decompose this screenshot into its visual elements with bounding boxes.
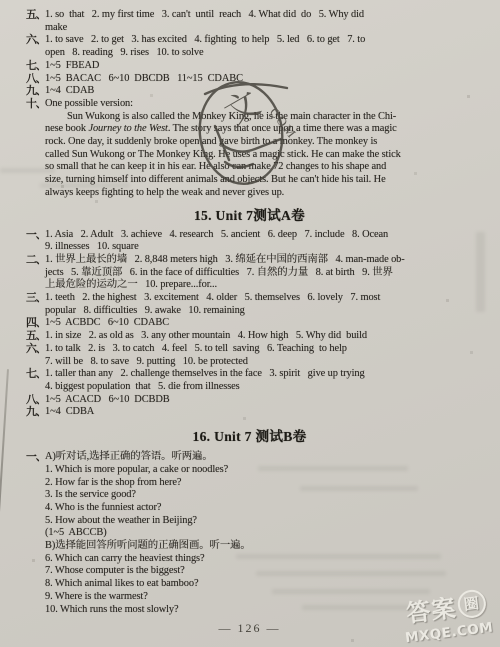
section-header: 16. Unit 7 测试B卷 [27,429,472,445]
answer-block: 一、1. Asia 2. Adult 3. achieve 4. researc… [27,229,472,254]
answer-line: 1. 世界上最长的墙 2. 8,848 meters high 3. 绵延在中国… [45,254,472,267]
answer-line: 1. so that 2. my first time 3. can't unt… [45,9,472,22]
answer-line: Sun Wukong is also called the Monkey Kin… [45,111,472,124]
block-marker: 五、 [26,9,46,22]
answer-sections: 五、1. so that 2. my first time 3. can't u… [27,9,472,616]
answer-line: One possible version: [45,98,472,111]
section-previous-test-answers: 五、1. so that 2. my first time 3. can't u… [27,9,472,200]
answer-block: 七、1~5 FBEAD [27,60,472,73]
scan-noise-speckles [0,0,1,1]
answer-block: 十、One possible version: [27,98,472,111]
watermark-circled-character: 圈 [456,588,487,619]
bleed-through-mark [0,168,55,173]
scanned-answer-book-page: { "page": { "page_number": "— 126 —", "p… [0,0,500,647]
answer-block: 八、1~5 BACAC 6~10 DBCDB 11~15 CDABC [27,73,472,86]
block-marker: 九、 [26,85,46,98]
bleed-through-mark [256,571,446,576]
answer-line: 1~4 CDAB [45,85,472,98]
block-marker: 一、 [26,451,46,464]
answer-block: 八、1~5 ACACD 6~10 DCBDB [27,394,472,407]
answer-block: 四、1~5 ACBDC 6~10 CDABC [27,317,472,330]
answer-block: 六、1. to talk 2. is 3. to catch 4. feel 5… [27,343,472,368]
answer-line: 4. Who is the funniest actor? [45,502,472,515]
bleed-through-mark [40,183,130,188]
block-marker: 一、 [26,229,46,242]
answer-line: 1. teeth 2. the highest 3. excitement 4.… [45,292,472,305]
bleed-through-mark [236,554,441,559]
answer-line: nese book Journey to the West. The story… [45,123,472,136]
answer-block: 九、1~4 CDAB [27,85,472,98]
answer-line: popular 8. difficulties 9. awake 10. rem… [45,305,472,318]
answer-line: open 8. reading 9. rises 10. to solve [45,47,472,60]
answer-line: rock. One day, it suddenly broke open an… [45,136,472,149]
bleed-through-mark [300,486,418,491]
block-marker: 二、 [26,254,46,267]
block-marker: 六、 [26,34,46,47]
answer-line: 上最危险的运动之一 10. prepare...for... [45,279,472,292]
answer-block: 五、1. in size 2. as old as 3. any other m… [27,330,472,343]
answer-block: 五、1. so that 2. my first time 3. can't u… [27,9,472,34]
book-title-italic: Journey to the West [88,123,167,134]
block-marker: 八、 [26,73,46,86]
answer-line: 3. Is the service good? [45,489,472,502]
answer-line: 1. to talk 2. is 3. to catch 4. feel 5. … [45,343,472,356]
answer-line: 1. Asia 2. Adult 3. achieve 4. research … [45,229,472,242]
block-marker: 七、 [26,60,46,73]
answer-line: 1~5 BACAC 6~10 DBCDB 11~15 CDABC [45,73,472,86]
answer-line: 5. How about the weather in Beijing? [45,515,472,528]
block-marker: 六、 [26,343,46,356]
answer-line: 1~5 ACBDC 6~10 CDABC [45,317,472,330]
answer-line: 1~5 FBEAD [45,60,472,73]
answer-block: 七、1. taller than any 2. challenge themse… [27,368,472,393]
block-marker: 八、 [26,394,46,407]
block-marker: 三、 [26,292,46,305]
bleed-through-mark [258,466,408,471]
answer-block: 三、1. teeth 2. the highest 3. excitement … [27,292,472,317]
answer-line: jects 5. 靠近顶部 6. in the face of difficul… [45,267,472,280]
section-header: 15. Unit 7测试A卷 [27,208,472,224]
block-marker: 五、 [26,330,46,343]
block-marker: 四、 [26,317,46,330]
answer-line: make [45,22,472,35]
watermark-brand-text: 答案 [404,588,458,629]
block-marker: 七、 [26,368,46,381]
answer-line: 7. will be 8. to save 9. putting 10. be … [45,356,472,369]
answer-line: always keeps fighting to help the weak a… [45,187,472,200]
section-unit7-test-a: 15. Unit 7测试A卷一、1. Asia 2. Adult 3. achi… [27,208,472,420]
answer-line: called Sun Wukong or The Monkey King. He… [45,149,472,162]
answer-line: B)选择能回答所听问题的正确图画。听一遍。 [45,540,472,553]
page-surface: 五、1. so that 2. my first time 3. can't u… [0,0,500,647]
answer-line: 1. to save 2. to get 3. has excited 4. f… [45,34,472,47]
block-marker: 十、 [26,98,46,111]
answer-line: 1. in size 2. as old as 3. any other mou… [45,330,472,343]
answer-line: 4. biggest population that 5. die from i… [45,381,472,394]
answer-block: 二、1. 世界上最长的墙 2. 8,848 meters high 3. 绵延在… [27,254,472,292]
answer-line: 9. illnesses 10. square [45,241,472,254]
answer-block: 六、1. to save 2. to get 3. has excited 4.… [27,34,472,59]
answer-line: 1~5 ACACD 6~10 DCBDB [45,394,472,407]
answer-line: 1~4 CDBA [45,406,472,419]
bleed-through-mark [476,232,485,312]
answer-line: 1. taller than any 2. challenge themselv… [45,368,472,381]
answer-line: so small that he can keep it in his ear.… [45,161,472,174]
answer-line: (1~5 ABCCB) [45,527,472,540]
answer-block: 九、1~4 CDBA [27,406,472,419]
answer-line: A)听对话,选择正确的答语。听两遍。 [45,451,472,464]
block-marker: 九、 [26,406,46,419]
